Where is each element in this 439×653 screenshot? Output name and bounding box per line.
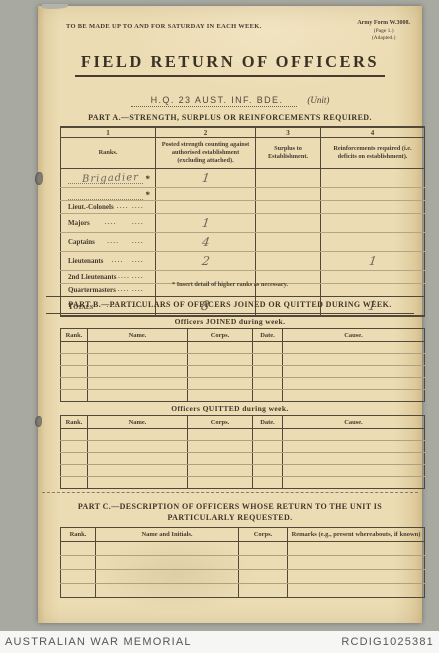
leader-dots: .... xyxy=(107,239,119,245)
rank-label: 2nd Lieutenants xyxy=(68,273,116,281)
column-header-reinforcements: Reinforcements required (i.e. deficits o… xyxy=(321,138,425,169)
section-rule xyxy=(46,313,414,314)
part-b-heading: PART B.—PARTICULARS OF OFFICERS JOINED O… xyxy=(38,300,422,309)
handwritten-value: 4 xyxy=(201,235,211,249)
write-in-line xyxy=(68,188,143,200)
column-number: 4 xyxy=(321,127,425,138)
leader-dots: .... xyxy=(132,220,144,226)
rank-label: Captains xyxy=(68,238,95,246)
column-number: 3 xyxy=(256,127,321,138)
empty-row xyxy=(61,556,425,570)
rank-label: Lieutenants xyxy=(68,257,103,265)
officers-quitted-table: Rank. Name. Corps. Date. Cause. xyxy=(60,415,425,489)
column-header-cause: Cause. xyxy=(283,329,425,342)
form-title-text: FIELD RETURN OF OFFICERS xyxy=(75,52,385,77)
leader-dots: .... xyxy=(132,204,144,210)
surplus-cell xyxy=(256,188,321,201)
weekly-instruction: TO BE MADE UP TO AND FOR SATURDAY IN EAC… xyxy=(66,23,262,30)
officers-joined-table: Rank. Name. Corps. Date. Cause. xyxy=(60,328,425,402)
handwritten-value: 1 xyxy=(201,216,211,230)
handwritten-value: 2 xyxy=(201,254,211,268)
leader-dots: .... xyxy=(112,258,124,264)
empty-row xyxy=(61,366,425,378)
reinforcements-cell xyxy=(321,201,425,214)
unit-field: H.Q. 23 AUST. INF. BDE.(Unit) xyxy=(38,90,422,108)
column-header-remarks: Remarks (e.g., present whereabouts, if k… xyxy=(288,528,425,542)
column-header-ranks: Ranks. xyxy=(61,138,156,169)
rank-cell: Captains........ xyxy=(61,233,156,252)
awm-footer: AUSTRALIAN WAR MEMORIAL RCDIG1025381 xyxy=(0,631,439,653)
form-adapted-line: (Adapted.) xyxy=(357,35,410,42)
column-header-corps: Corps. xyxy=(188,329,253,342)
awm-footer-institution: AUSTRALIAN WAR MEMORIAL xyxy=(5,636,192,648)
form-title: FIELD RETURN OF OFFICERS xyxy=(38,52,422,77)
leader-dots: .... xyxy=(132,258,144,264)
column-header-row: Ranks. Posted strength counting against … xyxy=(61,138,425,169)
reinforcements-cell xyxy=(321,169,425,188)
empty-row xyxy=(61,378,425,390)
part-c-table: Rank. Name and Initials. Corps. Remarks … xyxy=(60,527,425,598)
rank-row: Majors........ 1 xyxy=(61,214,425,233)
column-header-posted-strength: Posted strength counting against authori… xyxy=(156,138,256,169)
posted-strength-cell xyxy=(156,201,256,214)
asterisk-mark: * xyxy=(146,190,151,200)
rank-cell: Lieutenants........ xyxy=(61,252,156,271)
rank-cell: Majors........ xyxy=(61,214,156,233)
column-number: 2 xyxy=(156,127,256,138)
surplus-cell xyxy=(256,233,321,252)
unit-name: H.Q. 23 AUST. INF. BDE. xyxy=(131,95,298,107)
rank-row: Lieutenants........ 2 1 xyxy=(61,252,425,271)
leader-dots: .... xyxy=(117,204,129,210)
handwritten-value: 1 xyxy=(368,254,378,268)
form-number-line: Army Form W.3008. xyxy=(357,20,410,28)
empty-row xyxy=(61,465,425,477)
leader-dots: .... xyxy=(105,220,117,226)
officers-quitted-title: Officers QUITTED during week. xyxy=(38,404,422,413)
column-header-rank: Rank. xyxy=(61,416,88,429)
column-header-name: Name. xyxy=(88,416,188,429)
empty-row xyxy=(61,453,425,465)
column-header-row: Rank. Name and Initials. Corps. Remarks … xyxy=(61,528,425,542)
column-header-surplus: Surplus to Establishment. xyxy=(256,138,321,169)
column-header-corps: Corps. xyxy=(188,416,253,429)
reinforcements-cell xyxy=(321,188,425,201)
rank-label: Majors xyxy=(68,219,90,227)
part-c-heading: PART C.—DESCRIPTION OF OFFICERS WHOSE RE… xyxy=(68,502,392,524)
unit-caption: (Unit) xyxy=(307,95,329,105)
column-header-date: Date. xyxy=(253,329,283,342)
column-header-name: Name. xyxy=(88,329,188,342)
torn-edge-mark xyxy=(42,4,68,9)
surplus-cell xyxy=(256,252,321,271)
handwritten-value: 1 xyxy=(201,171,211,185)
rank-row: Captains........ 4 xyxy=(61,233,425,252)
part-a-heading: PART A.—STRENGTH, SURPLUS OR REINFORCEME… xyxy=(38,113,422,122)
leader-dots: .... xyxy=(132,274,144,280)
leader-dots: .... xyxy=(118,274,130,280)
empty-row xyxy=(61,570,425,584)
empty-row xyxy=(61,542,425,556)
officers-joined-title: Officers JOINED during week. xyxy=(38,317,422,326)
column-header-date: Date. xyxy=(253,416,283,429)
empty-row xyxy=(61,390,425,402)
reinforcements-cell xyxy=(321,233,425,252)
posted-strength-cell: 1 xyxy=(156,214,256,233)
posted-strength-cell: 4 xyxy=(156,233,256,252)
rank-write-in-cell: Brigadier * xyxy=(61,169,156,188)
column-header-rank: Rank. xyxy=(61,528,96,542)
posted-strength-cell xyxy=(156,188,256,201)
part-a-footnote: * Insert detail of higher ranks as neces… xyxy=(38,281,422,288)
column-header-cause: Cause. xyxy=(283,416,425,429)
rank-row: Lieut.-Colonels........ xyxy=(61,201,425,214)
rank-label: Lieut.-Colonels xyxy=(68,203,114,211)
surplus-cell xyxy=(256,169,321,188)
asterisk-mark: * xyxy=(146,174,151,184)
column-header-row: Rank. Name. Corps. Date. Cause. xyxy=(61,416,425,429)
column-header-corps: Corps. xyxy=(239,528,288,542)
form-page-line: (Page 1.) xyxy=(357,28,410,35)
surplus-cell xyxy=(256,214,321,233)
scan-background: TO BE MADE UP TO AND FOR SATURDAY IN EAC… xyxy=(0,0,439,653)
column-number-row: 1 2 3 4 xyxy=(61,127,425,138)
empty-row xyxy=(61,342,425,354)
empty-row xyxy=(61,477,425,489)
part-a-table: 1 2 3 4 Ranks. Posted strength counting … xyxy=(60,126,425,317)
column-number: 1 xyxy=(61,127,156,138)
surplus-cell xyxy=(256,201,321,214)
document-page: TO BE MADE UP TO AND FOR SATURDAY IN EAC… xyxy=(38,6,422,623)
column-header-name-initials: Name and Initials. xyxy=(96,528,239,542)
handwritten-rank: Brigadier xyxy=(82,172,139,185)
section-rule xyxy=(46,296,414,297)
posted-strength-cell: 2 xyxy=(156,252,256,271)
column-header-rank: Rank. xyxy=(61,329,88,342)
empty-row xyxy=(61,441,425,453)
torn-edge-mark xyxy=(35,172,43,185)
perforation-line xyxy=(42,492,418,493)
army-form-number: Army Form W.3008. (Page 1.) (Adapted.) xyxy=(357,20,410,42)
empty-row xyxy=(61,429,425,441)
write-in-line: Brigadier xyxy=(68,172,143,184)
rank-row-handwritten: Brigadier * 1 xyxy=(61,169,425,188)
empty-row xyxy=(61,584,425,598)
torn-edge-mark xyxy=(35,416,42,427)
column-header-row: Rank. Name. Corps. Date. Cause. xyxy=(61,329,425,342)
rank-cell: Lieut.-Colonels........ xyxy=(61,201,156,214)
reinforcements-cell xyxy=(321,214,425,233)
empty-row xyxy=(61,354,425,366)
rank-write-in-cell: * xyxy=(61,188,156,201)
reinforcements-cell: 1 xyxy=(321,252,425,271)
awm-footer-record-id: RCDIG1025381 xyxy=(341,636,434,648)
posted-strength-cell: 1 xyxy=(156,169,256,188)
rank-row-blank: * xyxy=(61,188,425,201)
leader-dots: .... xyxy=(132,239,144,245)
